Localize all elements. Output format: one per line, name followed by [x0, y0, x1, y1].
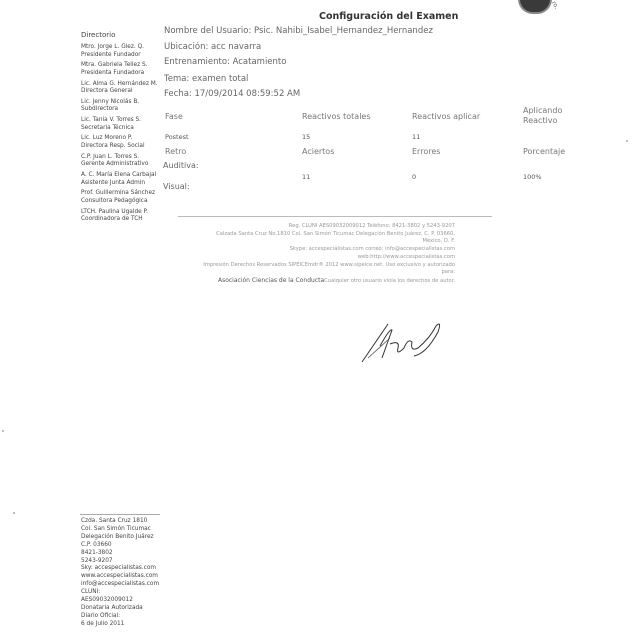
contact-divider — [80, 514, 160, 515]
directory-entry: Lic. Tania V. Torres S.Secretaria Técnic… — [81, 117, 158, 132]
location: Ubicación: acc navarra — [164, 42, 261, 52]
directory-entry: Mtro. Jorge L. Glez. Q.Presidente Fundad… — [81, 44, 158, 59]
association-name: Asociación Ciencias de la Conducta — [218, 277, 324, 284]
directory-entry: LTCH. Paulina Ugalde P.Coordinadora de T… — [81, 209, 158, 224]
row-fase: Postest — [165, 133, 189, 141]
header-errores: Errores — [412, 147, 440, 156]
header-fase: Fase — [165, 112, 183, 121]
directory-entry: Lic. Luz Moreno P.Directora Resp. Social — [81, 135, 158, 150]
user-name: Nombre del Usuario: Psic. Nahibi_Isabel_… — [164, 26, 433, 36]
document-title: Configuración del Examen — [319, 11, 458, 22]
directory-entry: Lic. Alma G. Hernández M.Directora Gener… — [81, 81, 158, 96]
directory-heading: Directorio — [81, 31, 115, 39]
rights-notice: Cualquier otro usuario viola los derecho… — [324, 278, 455, 284]
logo-seal-text: ro. — [550, 0, 560, 10]
row-porcentaje: 100% — [523, 173, 542, 181]
directory-entry: Mtra. Gabriela Tellez S.Presidenta Funda… — [81, 62, 158, 77]
visual-label: Visual: — [163, 182, 190, 191]
header-reactivos-aplicar: Reactivos aplicar — [412, 112, 480, 121]
header-reactivos-totales: Reactivos totales — [302, 112, 371, 121]
footer-divider — [178, 216, 492, 217]
header-porcentaje: Porcentaje — [523, 147, 565, 156]
row-totales: 15 — [302, 133, 310, 141]
directory-entry: A. C. María Elena CarbajalAsistente Junt… — [81, 172, 158, 187]
date: Fecha: 17/09/2014 08:59:52 AM — [164, 89, 300, 99]
header-retro: Retro — [165, 147, 186, 156]
signature-image — [360, 318, 450, 368]
organization-logo — [518, 0, 552, 14]
scan-speck — [2, 430, 4, 432]
directory-entry: Lic. Jenny Nicolás B.Subdirectora — [81, 99, 158, 114]
auditiva-label: Auditiva: — [163, 161, 199, 170]
header-aciertos: Aciertos — [302, 147, 334, 156]
row-aciertos: 11 — [302, 173, 310, 181]
contact-info: Czda. Santa Cruz 1810 Col. San Simón Tic… — [81, 518, 159, 629]
scan-speck — [626, 140, 628, 142]
directory-list: Mtro. Jorge L. Glez. Q.Presidente Fundad… — [81, 44, 158, 227]
topic: Tema: examen total — [164, 74, 248, 84]
scan-speck — [13, 512, 15, 514]
directory-entry: C.P. Juan L. Torres S.Gerente Administra… — [81, 154, 158, 169]
footer-legal: Reg. CLUNI AES09032009012 Teléfono: 8421… — [170, 223, 455, 286]
row-aplicar: 11 — [412, 133, 420, 141]
row-errores: 0 — [412, 173, 416, 181]
training: Entrenamiento: Acatamiento — [164, 57, 286, 67]
header-aplicando-reactivo: Aplicando Reactivo — [523, 106, 573, 126]
directory-entry: Prof. Guillermina SánchezConsultora Peda… — [81, 190, 158, 205]
